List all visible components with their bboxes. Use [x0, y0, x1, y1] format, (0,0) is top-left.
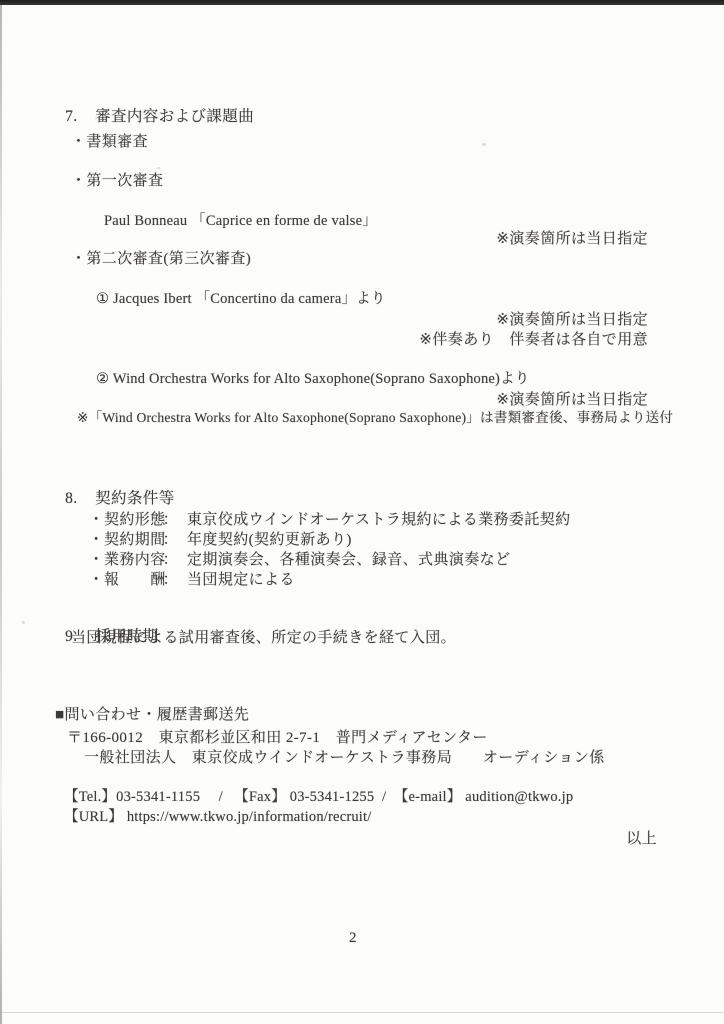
bullet-first-round: ・第一次審査: [71, 172, 163, 191]
contact-url-line: 【URL】 https://www.tkwo.jp/information/re…: [64, 808, 372, 826]
scan-edge-bottom-line: [0, 1012, 724, 1013]
contact-address-line-2: 一般社団法人 東京佼成ウインドオーケストラ事務局 オーディション係: [84, 749, 605, 768]
closing-ijou: 以上: [626, 830, 657, 849]
section-7-title: 審査内容および課題曲: [95, 108, 254, 125]
contact-tel-fax-email-line: 【Tel.】03-5341-1155 / 【Fax】 03-5341-1255 …: [64, 788, 573, 806]
scanned-document-page: 7.審査内容および課題曲 ・書類審査 ・第一次審査 Paul Bonneau 「…: [0, 0, 724, 1024]
contact-address-line-1: 〒166-0012 東京都杉並区和田 2-7-1 普門メディアセンター: [67, 729, 488, 748]
row-colon: ：: [163, 568, 178, 589]
scan-edge-left-line: [0, 5, 2, 1024]
bullet-document-screening: ・書類審査: [71, 133, 148, 152]
section-7-number: 7.: [65, 107, 95, 126]
item-2-note-1: ※演奏箇所は当日指定: [496, 391, 648, 410]
item-1-note-2: ※伴奏あり 伴奏者は各自で用意: [419, 331, 648, 350]
scan-speck: [482, 143, 486, 146]
bullet-second-round: ・第二次審査(第三次審査): [71, 250, 251, 269]
page-number: 2: [0, 929, 715, 948]
scan-speck: [157, 167, 160, 169]
first-round-note: ※演奏箇所は当日指定: [496, 230, 648, 249]
section-9-body: 当団規程による試用審査後、所定の手続きを経て入団。: [71, 629, 456, 648]
contact-heading: ■問い合わせ・履歴書郵送先: [55, 706, 249, 725]
scan-speck: [22, 621, 25, 624]
item-2-footnote: ※「Wind Orchestra Works for Alto Saxophon…: [77, 410, 673, 427]
contract-row-value: 当団規定による: [187, 572, 295, 588]
contract-row-pay: ・報 酬：当団規定による: [72, 551, 295, 606]
second-round-item-1: ① Jacques Ibert 「Concertino da camera」より: [96, 290, 386, 308]
first-round-piece: Paul Bonneau 「Caprice en forme de valse」: [104, 212, 377, 230]
item-1-note-1: ※演奏箇所は当日指定: [496, 311, 648, 330]
scan-edge-top-bar: [0, 0, 724, 5]
contract-row-label: ・報 酬: [89, 568, 161, 589]
second-round-item-2: ② Wind Orchestra Works for Alto Saxophon…: [96, 370, 529, 388]
